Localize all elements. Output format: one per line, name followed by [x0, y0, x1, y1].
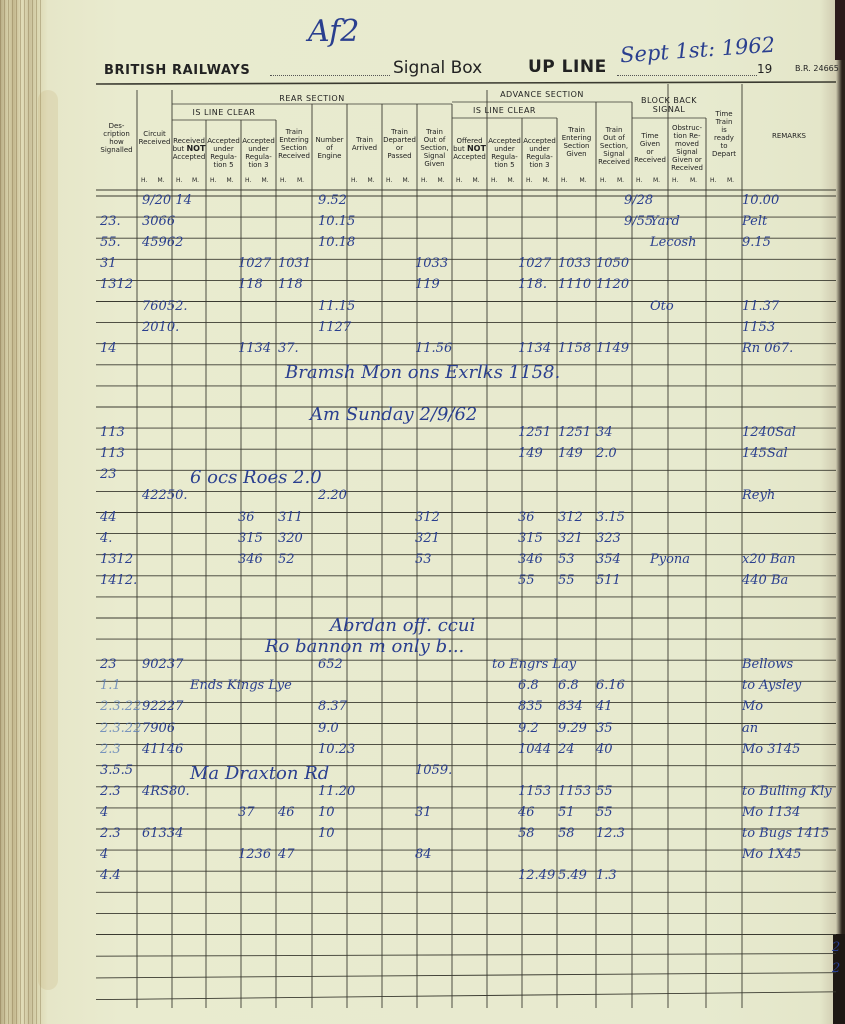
entry-adv-note: to Engrs Lay [492, 657, 576, 672]
entry-out-given: 119 [415, 277, 440, 292]
header-offered-not-accepted: Offeredbut NOTAccepted [452, 137, 487, 161]
entry-engine: 2.20 [318, 488, 347, 503]
entry-entering-given: 834 [558, 699, 583, 714]
header-train-entering-given: TrainEnteringSectionGiven [557, 126, 596, 158]
entry-circuit: 41146 [142, 742, 183, 757]
entry-entering-given: 1110 [558, 277, 591, 292]
entry-desc: 23 [100, 467, 117, 482]
header-train-entering-received: TrainEnteringSectionReceived [276, 128, 312, 160]
entry-remarks: 145Sal [742, 446, 788, 461]
margin-mark: 2 [832, 940, 840, 955]
entry-out-given: 1059. [415, 763, 452, 778]
entry-adv-reg3: 1027 [518, 256, 551, 271]
entry-out-given: 84 [415, 847, 432, 862]
header-adv-accepted-reg3: AcceptedunderRegula-tion 3 [522, 137, 557, 169]
minutes-label: M. [403, 177, 410, 184]
entry-out-received: 323 [596, 531, 621, 546]
entry-entering-given: 55 [558, 573, 575, 588]
entry-desc: 3.5.5 [100, 763, 133, 778]
entry-remarks: to Bulling Kly [742, 784, 832, 799]
entry-adv-reg3: 9.2 [518, 721, 539, 736]
entry-reg3: 1236 [238, 847, 271, 862]
entry-engine: 8.37 [318, 699, 347, 714]
entry-adv-reg3: 55 [518, 573, 535, 588]
hours-label: H. [561, 177, 567, 184]
entry-entering-received: 37. [278, 341, 299, 356]
entry-out-given: 312 [415, 510, 440, 525]
hours-label: H. [210, 177, 216, 184]
entry-desc: 1412. [100, 573, 137, 588]
entry-adv-reg3: 1251 [518, 425, 551, 440]
hours-label: H. [456, 177, 462, 184]
entry-block-note: Oto [650, 299, 674, 314]
entry-desc: 14 [100, 341, 117, 356]
minutes-label: M. [653, 177, 660, 184]
entry-reg3: 1027 [238, 256, 271, 271]
entry-entering-given: 9.29 [558, 721, 587, 736]
entry-desc: 2.3.22 [100, 699, 141, 714]
minutes-label: M. [617, 177, 624, 184]
entry-engine: 11.15 [318, 299, 355, 314]
hours-label: H. [526, 177, 532, 184]
entry-desc: 113 [100, 425, 125, 440]
entry-desc: 23 [100, 657, 117, 672]
entry-engine: 652 [318, 657, 343, 672]
header-received-not-accepted: Receivedbut NOTAccepted [172, 137, 206, 161]
hours-label: H. [421, 177, 427, 184]
minutes-label: M. [438, 177, 445, 184]
entry-reg3: 346 [238, 552, 263, 567]
entry-adv-reg3: 12.49 [518, 868, 555, 883]
entry-out-given: 31 [415, 805, 432, 820]
entry-engine: 10.23 [318, 742, 355, 757]
entry-circuit: 61334 [142, 826, 183, 841]
entry-adv-reg3: 1044 [518, 742, 551, 757]
entry-reg3: 315 [238, 531, 263, 546]
entry-reg3: 1134 [238, 341, 271, 356]
entry-entering-received: 46 [278, 805, 295, 820]
minutes-label: M. [192, 177, 199, 184]
entry-engine: 9.52 [318, 193, 347, 208]
header-description: Des-criptionhowSignalled [96, 122, 137, 154]
minutes-label: M. [508, 177, 515, 184]
entry-out-given: 1033 [415, 256, 448, 271]
minutes-label: M. [262, 177, 269, 184]
entry-engine: 9.0 [318, 721, 339, 736]
entry-engine: 11.20 [318, 784, 355, 799]
entry-block-note: Lecosh [650, 235, 696, 250]
minutes-label: M. [543, 177, 550, 184]
entry-remarks: 11.37 [742, 299, 779, 314]
hours-label: H. [176, 177, 182, 184]
entry-remarks: 9.15 [742, 235, 771, 250]
entry-remarks: Pelt [742, 214, 767, 229]
entry-out-received: 1149 [596, 341, 629, 356]
header-block-back-signal: BLOCK BACK SIGNAL [632, 96, 706, 114]
minutes-label: M. [727, 177, 734, 184]
entry-adv-reg3: 1134 [518, 341, 551, 356]
entry-adv-reg3: 149 [518, 446, 543, 461]
entry-adv-reg3: 315 [518, 531, 543, 546]
entry-remarks: x20 Ban [742, 552, 796, 567]
header-obstruction-removed: Obstruc-tion Re-movedSignalGiven orRecei… [668, 124, 706, 172]
entry-desc: 31 [100, 256, 117, 271]
entry-circuit: 4RS80. [142, 784, 190, 799]
entry-note: Bramsh Mon ons Exrlks 1158. [285, 362, 560, 383]
entry-remarks: 440 Ba [742, 573, 788, 588]
register-page: BRITISH RAILWAYS Af2 Signal Box UP LINE … [0, 0, 845, 1024]
entry-entering-given: 5.49 [558, 868, 587, 883]
entry-remarks: 10.00 [742, 193, 779, 208]
minutes-label: M. [690, 177, 697, 184]
entry-adv-reg3: 835 [518, 699, 543, 714]
entry-remarks: Mo 3145 [742, 742, 800, 757]
minutes-label: M. [227, 177, 234, 184]
entry-adv-reg3: 36 [518, 510, 535, 525]
header-train-arrived: TrainArrived [347, 136, 382, 152]
entry-adv-reg3: 6.8 [518, 678, 539, 693]
entry-entering-given: 312 [558, 510, 583, 525]
entry-entering-given: 53 [558, 552, 575, 567]
entry-desc: 55. [100, 235, 121, 250]
entry-out-received: 40 [596, 742, 613, 757]
header-accepted-reg3: AcceptedunderRegula-tion 3 [241, 137, 276, 169]
entry-circuit: 45962 [142, 235, 183, 250]
header-train-out-given: TrainOut ofSection,SignalGiven [417, 128, 452, 168]
entry-out-received: 6.16 [596, 678, 625, 693]
entry-engine: 10 [318, 805, 335, 820]
minutes-label: M. [473, 177, 480, 184]
hours-label: H. [672, 177, 678, 184]
entry-entering-received: 320 [278, 531, 303, 546]
entry-entering-received: 311 [278, 510, 303, 525]
entry-out-given: 11.56 [415, 341, 452, 356]
entry-out-received: 55 [596, 805, 613, 820]
entry-reg3: 118 [238, 277, 263, 292]
entry-desc: 2.3 [100, 826, 121, 841]
entry-out-received: 1120 [596, 277, 629, 292]
entry-out-received: 41 [596, 699, 613, 714]
entry-entering-given: 1033 [558, 256, 591, 271]
entry-engine: 10.15 [318, 214, 355, 229]
entry-circuit: 2010. [142, 320, 179, 335]
entry-out-received: 34 [596, 425, 613, 440]
entry-adv-reg3: 58 [518, 826, 535, 841]
entry-engine: 10 [318, 826, 335, 841]
entry-remarks: Bellows [742, 657, 793, 672]
entry-entering-given: 6.8 [558, 678, 579, 693]
entry-entering-received: 118 [278, 277, 303, 292]
entry-desc: 44 [100, 510, 117, 525]
entry-desc: 113 [100, 446, 125, 461]
entry-entering-received: 52 [278, 552, 295, 567]
header-remarks: REMARKS [742, 132, 836, 140]
entry-block-time: 9/55 [624, 214, 653, 229]
entry-remarks: Mo 1134 [742, 805, 800, 820]
minutes-label: M. [297, 177, 304, 184]
entry-desc: 4 [100, 805, 108, 820]
entry-desc: 4. [100, 531, 112, 546]
entry-entering-given: 58 [558, 826, 575, 841]
entry-note: Ma Draxton Rd [190, 763, 329, 784]
entry-reg3: 36 [238, 510, 255, 525]
entry-note: Abrdan off. ccui [330, 615, 475, 636]
entry-circuit: 92227 [142, 699, 183, 714]
header-time-ready-depart: TimeTrainisreadytoDepart [706, 110, 742, 158]
entry-reg3: 37 [238, 805, 255, 820]
entry-engine: 1127 [318, 320, 351, 335]
entry-desc: 1.1 [100, 678, 121, 693]
entry-remarks: Rn 067. [742, 341, 793, 356]
header-adv-accepted-reg5: AcceptedunderRegula-tion 5 [487, 137, 522, 169]
header-advance-is-line-clear: IS LINE CLEAR [452, 106, 557, 115]
entry-circuit: 9/20 14 [142, 193, 192, 208]
entry-out-received: 12.3 [596, 826, 625, 841]
hours-label: H. [386, 177, 392, 184]
entry-entering-given: 1158 [558, 341, 591, 356]
header-rear-section: REAR SECTION [172, 94, 452, 103]
entry-adv-reg3: 118. [518, 277, 547, 292]
hours-label: H. [636, 177, 642, 184]
entry-note: Am Sunday 2/9/62 [310, 404, 477, 425]
minutes-label: M. [368, 177, 375, 184]
entry-circuit-note: Ends Kings Lye [190, 678, 292, 693]
header-advance-section: ADVANCE SECTION [452, 90, 632, 99]
margin-mark: 2 [832, 961, 840, 976]
minutes-label: M. [158, 177, 165, 184]
entry-desc: 2.3 [100, 784, 121, 799]
header-time-given-received: TimeGivenorReceived [632, 132, 668, 164]
entry-entering-given: 24 [558, 742, 575, 757]
entry-remarks: an [742, 721, 758, 736]
entry-circuit: 90237 [142, 657, 183, 672]
hours-label: H. [710, 177, 716, 184]
header-train-out-received: TrainOut ofSection,SignalReceived [596, 126, 632, 166]
entry-entering-given: 1251 [558, 425, 591, 440]
minutes-label: M. [580, 177, 587, 184]
entry-remarks: to Bugs 1415 [742, 826, 829, 841]
hours-label: H. [491, 177, 497, 184]
hours-label: H. [351, 177, 357, 184]
entry-circuit: 76052. [142, 299, 188, 314]
entry-circuit: 42250. [142, 488, 188, 503]
entry-out-given: 321 [415, 531, 440, 546]
header-circuit-received: CircuitReceived [137, 130, 172, 146]
entry-out-received: 1050 [596, 256, 629, 271]
entry-entering-given: 51 [558, 805, 575, 820]
entry-desc: 23. [100, 214, 121, 229]
hours-label: H. [245, 177, 251, 184]
entry-out-received: 511 [596, 573, 621, 588]
entry-adv-reg3: 1153 [518, 784, 551, 799]
entry-remarks: 1240Sal [742, 425, 796, 440]
hours-label: H. [141, 177, 147, 184]
entry-remarks: Mo [742, 699, 763, 714]
hours-label: H. [600, 177, 606, 184]
entry-circuit: 3066 [142, 214, 175, 229]
entry-adv-reg3: 346 [518, 552, 543, 567]
header-train-departed: TrainDepartedorPassed [382, 128, 417, 160]
entry-note: Ro bannon m only b... [265, 636, 464, 657]
entry-out-received: 2.0 [596, 446, 617, 461]
entry-desc: 4 [100, 847, 108, 862]
entry-entering-received: 47 [278, 847, 295, 862]
entry-block-note: Yard [650, 214, 680, 229]
entry-entering-given: 149 [558, 446, 583, 461]
entry-block-time: 9/28 [624, 193, 653, 208]
entry-entering-received: 1031 [278, 256, 311, 271]
header-number-of-engine: NumberofEngine [312, 136, 347, 160]
entry-note: 6 ocs Roes 2.0 [190, 467, 322, 488]
header-rear-is-line-clear: IS LINE CLEAR [172, 108, 276, 117]
entry-block-note: Pyona [650, 552, 690, 567]
entry-circuit: 7906 [142, 721, 175, 736]
hours-label: H. [280, 177, 286, 184]
entry-out-given: 53 [415, 552, 432, 567]
entry-entering-given: 1153 [558, 784, 591, 799]
entry-entering-given: 321 [558, 531, 583, 546]
entry-remarks: 1153 [742, 320, 775, 335]
entry-desc: 1312 [100, 552, 133, 567]
entry-desc: 2.3 [100, 742, 121, 757]
entry-remarks: to Aysley [742, 678, 801, 693]
entry-desc: 2.3.22 [100, 721, 141, 736]
entry-desc: 1312 [100, 277, 133, 292]
entry-out-received: 55 [596, 784, 613, 799]
entry-out-received: 3.15 [596, 510, 625, 525]
entry-desc: 4.4 [100, 868, 121, 883]
entry-adv-reg3: 46 [518, 805, 535, 820]
entry-remarks: Mo 1X45 [742, 847, 801, 862]
entry-out-received: 1.3 [596, 868, 617, 883]
entry-remarks: Reyh [742, 488, 775, 503]
entry-out-received: 35 [596, 721, 613, 736]
entry-out-received: 354 [596, 552, 621, 567]
entry-engine: 10.18 [318, 235, 355, 250]
header-accepted-reg5: AcceptedunderRegula-tion 5 [206, 137, 241, 169]
